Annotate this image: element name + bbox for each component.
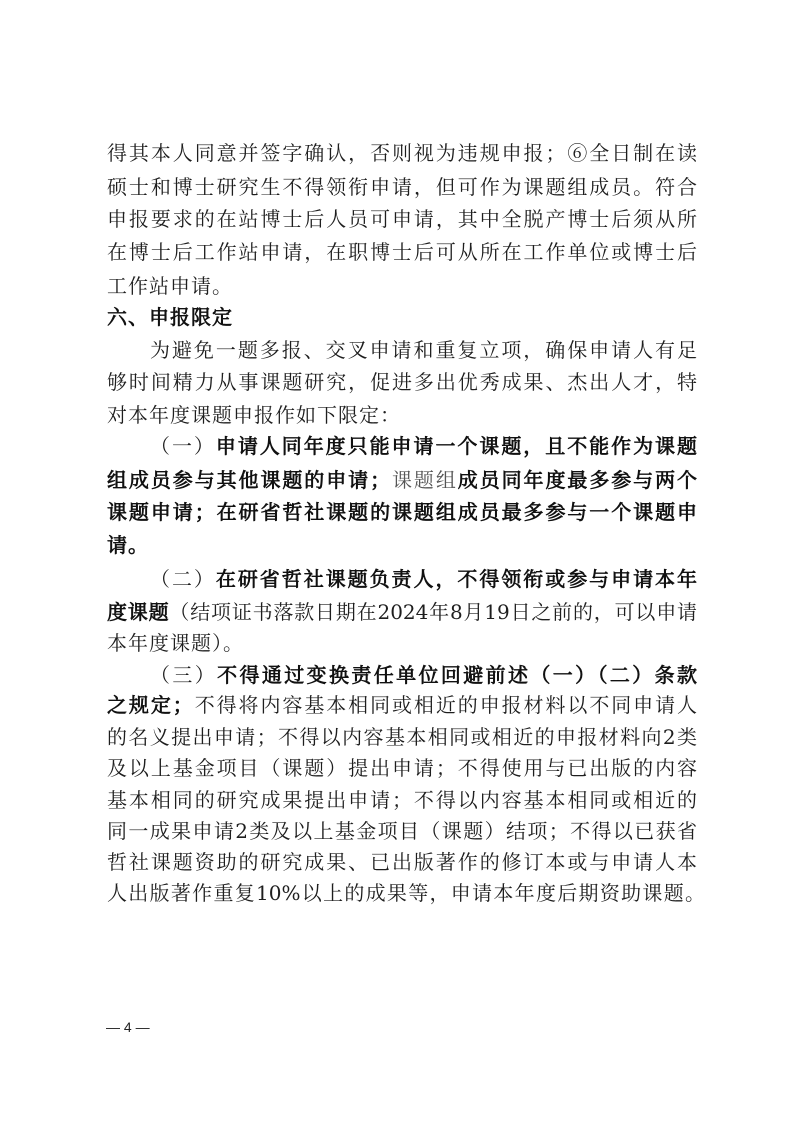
text-segment: （结项证书落款日期在2024年8月19日之前的，可以申请 (169, 600, 697, 624)
clause-number: （三） (150, 663, 217, 687)
text-segment: 申报要求的在站博士后人员可申请，其中全脱产博士后须从所 (107, 207, 697, 231)
bold-text-segment: 课题申请；在研省哲社课题的课题组成员最多参与一个课题申 (107, 500, 697, 524)
text-segment: 工作站申请。 (107, 274, 233, 298)
text-segment: 同一成果申请2类及以上基金项目（课题）结项；不得以已获省 (107, 819, 697, 843)
bold-text-segment: 成员同年度最多参与两个 (458, 468, 697, 492)
bold-text-segment: 不得通过变换责任单位回避前述（一）（二）条款 (217, 663, 697, 687)
bold-text-segment: 之规定； (107, 693, 193, 717)
clause-line: 人出版著作重复10%以上的成果等，申请本年度后期资助课题。 (107, 881, 705, 905)
clause-line: 同一成果申请2类及以上基金项目（课题）结项；不得以已获省 (107, 819, 697, 843)
text-line: 工作站申请。 (107, 274, 697, 298)
clause-line: （一）申请人同年度只能申请一个课题，且不能作为课题 (150, 434, 697, 458)
clause-line: 哲社课题资助的研究成果、已出版著作的修订本或与申请人本 (107, 850, 697, 874)
text-line: 硕士和博士研究生不得领衔申请，但可作为课题组成员。符合 (107, 175, 697, 199)
bold-text-segment: 请。 (107, 533, 149, 557)
text-line: 对本年度课题申报作如下限定： (107, 403, 697, 427)
bold-text-segment: 申请人同年度只能申请一个课题，且不能作为课题 (216, 434, 697, 458)
text-segment: 及以上基金项目（课题）提出申请；不得使用与已出版的内容 (107, 756, 697, 780)
clause-line: 度课题（结项证书落款日期在2024年8月19日之前的，可以申请 (107, 600, 697, 624)
clause-line: 本年度课题）。 (107, 631, 697, 655)
bold-text-segment: 度课题 (107, 600, 169, 624)
text-segment: 不得将内容基本相同或相近的申报材料以不同申请人 (193, 693, 697, 717)
section-heading: 六、申报限定 (107, 305, 697, 329)
text-line: 够时间精力从事课题研究，促进多出优秀成果、杰出人才，特 (107, 370, 697, 394)
text-segment: 的名义提出申请；不得以内容基本相同或相近的申报材料向2类 (107, 725, 697, 749)
clause-line: 课题申请；在研省哲社课题的课题组成员最多参与一个课题申 (107, 500, 697, 524)
clause-number: （一） (150, 434, 216, 458)
text-segment: 对本年度课题申报作如下限定： (107, 403, 401, 427)
text-segment: 得其本人同意并签字确认，否则视为违规申报；⑥全日制在读 (107, 141, 697, 165)
text-segment: 在博士后工作站申请，在职博士后可从所在工作单位或博士后 (107, 240, 697, 264)
text-segment: 基本相同的研究成果提出申请；不得以内容基本相同或相近的 (107, 788, 697, 812)
clause-line: 之规定；不得将内容基本相同或相近的申报材料以不同申请人 (107, 693, 697, 717)
text-segment: 够时间精力从事课题研究，促进多出优秀成果、杰出人才，特 (107, 370, 697, 394)
text-line: 申报要求的在站博士后人员可申请，其中全脱产博士后须从所 (107, 207, 697, 231)
text-line: 得其本人同意并签字确认，否则视为违规申报；⑥全日制在读 (107, 141, 697, 165)
clause-line: （二）在研省哲社课题负责人，不得领衔或参与申请本年 (150, 567, 697, 591)
clause-line: 基本相同的研究成果提出申请；不得以内容基本相同或相近的 (107, 788, 697, 812)
clause-line: （三）不得通过变换责任单位回避前述（一）（二）条款 (150, 663, 697, 687)
clause-line: 的名义提出申请；不得以内容基本相同或相近的申报材料向2类 (107, 725, 697, 749)
section-heading-text: 六、申报限定 (107, 305, 233, 329)
text-line: 为避免一题多报、交叉申请和重复立项，确保申请人有足 (150, 338, 697, 362)
text-segment: 为避免一题多报、交叉申请和重复立项，确保申请人有足 (150, 338, 697, 362)
text-segment: 硕士和博士研究生不得领衔申请，但可作为课题组成员。符合 (107, 175, 697, 199)
text-segment: 本年度课题）。 (107, 631, 244, 655)
clause-line: 组成员参与其他课题的申请；课题组成员同年度最多参与两个 (107, 468, 697, 492)
clause-number: （二） (150, 567, 216, 591)
text-segment: 人出版著作重复10%以上的成果等，申请本年度后期资助课题。 (107, 881, 705, 905)
bold-text-segment: 在研省哲社课题负责人，不得领衔或参与申请本年 (216, 567, 697, 591)
text-line: 在博士后工作站申请，在职博士后可从所在工作单位或博士后 (107, 240, 697, 264)
clause-line: 请。 (107, 533, 697, 557)
clause-line: 及以上基金项目（课题）提出申请；不得使用与已出版的内容 (107, 756, 697, 780)
muted-text-segment: 课题组 (390, 468, 458, 492)
bold-text-segment: 组成员参与其他课题的申请； (107, 468, 390, 492)
page-number: — 4 — (106, 1018, 150, 1036)
document-page: 得其本人同意并签字确认，否则视为违规申报；⑥全日制在读 硕士和博士研究生不得领衔… (0, 0, 794, 1122)
text-segment: 哲社课题资助的研究成果、已出版著作的修订本或与申请人本 (107, 850, 697, 874)
